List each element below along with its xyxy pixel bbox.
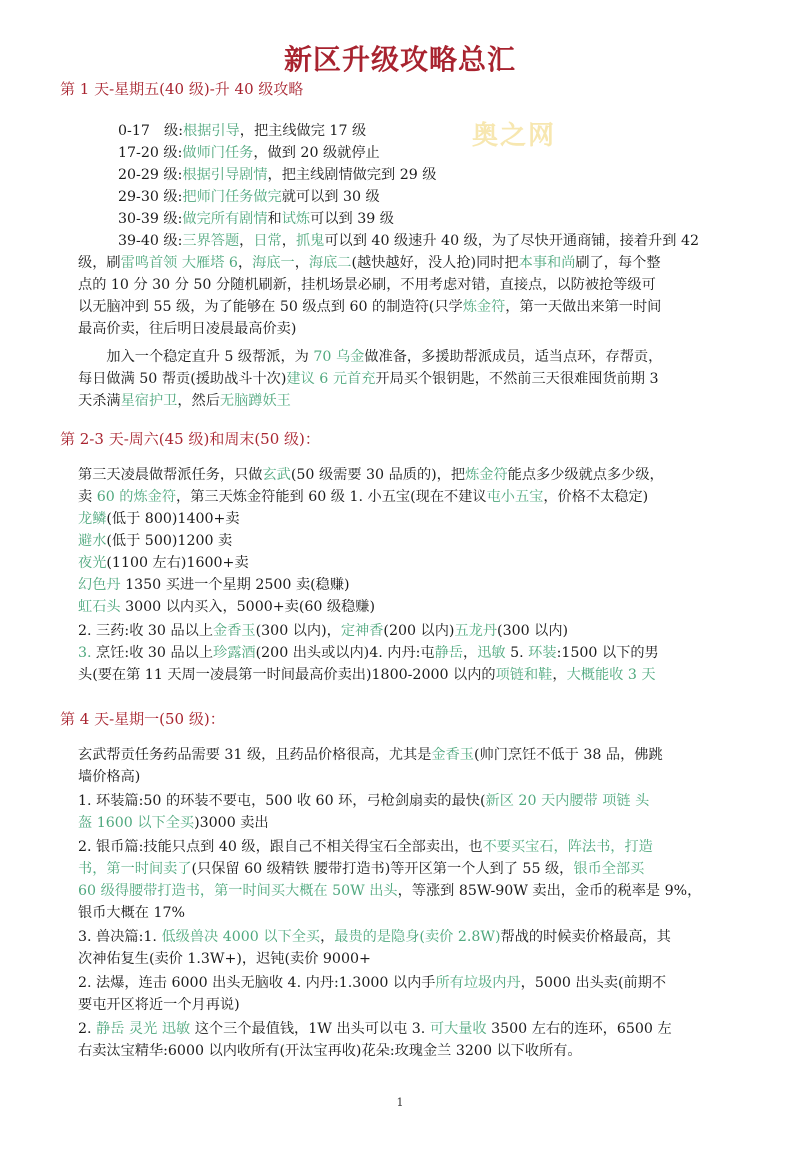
text-line: 避水(低于 500)1200 卖 [78, 530, 232, 552]
text-line: 盔 1600 以下全买)3000 卖出 [78, 812, 269, 834]
text-line: 2. 三药:收 30 品以上金香玉(300 以内)，定神香(200 以内)五龙丹… [78, 620, 568, 642]
text-segment: 刷了，每个整 [575, 255, 660, 271]
text-segment: ， [552, 667, 566, 683]
text-line: 幻色丹 1350 买进一个星期 2500 卖(稳赚) [78, 574, 350, 596]
text-segment: 加入一个稳定直升 5 级帮派，为 [78, 349, 313, 365]
text-line: 1. 环装篇:50 的环装不要屯，500 收 60 环，弓枪剑扇卖的最快(新区 … [78, 790, 649, 812]
text-segment: 最高价卖，往后明日凌晨最高价卖) [78, 321, 296, 337]
text-segment: 银币大概在 17% [78, 905, 185, 921]
highlighted-term: 所有垃圾内丹 [435, 975, 520, 991]
text-segment: 做准备，多援助帮派成员，适当点环，存帮贡， [364, 349, 662, 365]
text-segment: (50 级需要 30 品质的)，把 [291, 467, 465, 483]
text-segment: 右卖汰宝精华:6000 以内收所有(开汰宝再收)花朵:玫瑰金兰 3200 以下收… [78, 1043, 582, 1059]
highlighted-term: 龙鳞 [78, 511, 106, 527]
highlighted-term: 三界答题 [182, 233, 239, 249]
section-heading-day1: 第 1 天-星期五(40 级)-升 40 级攻略 [60, 78, 303, 99]
text-segment: (200 以内) [383, 623, 454, 639]
highlighted-term: 定神香 [341, 623, 384, 639]
text-segment: ，第三天炼金符能到 60 级 1. 小五宝(现在不建议 [176, 489, 487, 505]
text-line: 2. 银币篇:技能只点到 40 级，跟自己不相关得宝石全部卖出，也不要买宝石，阵… [78, 836, 653, 858]
text-segment: ， [295, 255, 309, 271]
highlighted-term: 建议 6 元首充 [286, 371, 375, 387]
highlighted-term: 迅敏 [477, 645, 505, 661]
text-segment: 头(要在第 11 天周一凌晨第一时间最高价卖出)1800-2000 以内的 [78, 667, 496, 683]
document-title: 新区升级攻略总汇 [0, 38, 800, 78]
highlighted-term: 把师门任务做完 [182, 189, 281, 205]
text-line: 60 级得腰带打造书，第一时间买大概在 50W 出头，等涨到 85W-90W 卖… [78, 880, 701, 902]
text-line: 点的 10 分 30 分 50 分随机刷新，挂机场景必刷，不用考虑对错，直接点，… [78, 274, 656, 296]
text-segment: 和 [268, 211, 282, 227]
text-segment: 级，刷 [78, 255, 121, 271]
text-line: 龙鳞(低于 800)1400+卖 [78, 508, 240, 530]
highlighted-term: 雷鸣首领 大雁塔 6 [121, 255, 238, 271]
text-segment: 可以到 40 级速升 40 级，为了尽快开通商铺，接着升到 42 [324, 233, 699, 249]
text-segment: (帅门烹饪不低于 38 品，佛跳 [474, 747, 663, 763]
highlighted-term: 3. [78, 645, 92, 661]
text-line: 以无脑冲到 55 级，为了能够在 50 级点到 60 的制造符(只学炼金符，第一… [78, 296, 661, 318]
text-segment: 29-30 级: [118, 189, 182, 205]
highlighted-term: 书，第一时间卖了 [78, 861, 192, 877]
highlighted-term: 做完所有剧情 [182, 211, 267, 227]
highlighted-term: 盔 1600 以下全买 [78, 815, 194, 831]
text-segment: 天杀满 [78, 393, 121, 409]
text-segment: 玄武帮贡任务药品需要 31 级，且药品价格很高，尤其是 [78, 747, 431, 763]
section-heading-day2-3: 第 2-3 天-周六(45 级)和周末(50 级)： [60, 428, 320, 449]
text-segment: (300 以内) [497, 623, 568, 639]
text-line: 3. 烹饪:收 30 品以上珍露酒(200 出头或以内)4. 内丹:屯静岳，迅敏… [78, 642, 659, 664]
highlighted-term: 避水 [78, 533, 106, 549]
highlighted-term: 屯小五宝 [487, 489, 544, 505]
highlighted-term: 夜光 [78, 555, 106, 571]
section-heading-day4: 第 4 天-星期一(50 级)： [60, 708, 225, 729]
text-segment: 卖 [78, 489, 97, 505]
text-line: 天杀满星宿护卫，然后无脑蹲妖王 [78, 390, 291, 412]
text-line: 墙价格高) [78, 766, 140, 788]
highlighted-term: 大概能收 3 天 [567, 667, 656, 683]
text-line: 要屯开区将近一个月再说) [78, 994, 240, 1016]
text-line: 29-30 级:把师门任务做完就可以到 30 级 [118, 186, 380, 208]
text-line: 玄武帮贡任务药品需要 31 级，且药品价格很高，尤其是金香玉(帅门烹饪不低于 3… [78, 744, 663, 766]
text-line: 夜光(1100 左右)1600+卖 [78, 552, 249, 574]
watermark-logo: 奥之网 [472, 115, 556, 152]
text-segment: 20-29 级: [118, 167, 182, 183]
highlighted-term: 虹石头 [78, 599, 121, 615]
text-segment: 5. [506, 645, 529, 661]
text-line: 每日做满 50 帮贡(援助战斗十次)建议 6 元首充开局买个银钥匙，不然前三天很… [78, 368, 659, 390]
text-line: 卖 60 的炼金符，第三天炼金符能到 60 级 1. 小五宝(现在不建议屯小五宝… [78, 486, 648, 508]
highlighted-term: 无脑蹲妖王 [220, 393, 291, 409]
text-segment: 第三天凌晨做帮派任务，只做 [78, 467, 262, 483]
text-segment: 每日做满 50 帮贡(援助战斗十次) [78, 371, 286, 387]
text-line: 第三天凌晨做帮派任务，只做玄武(50 级需要 30 品质的)，把炼金符能点多少级… [78, 464, 664, 486]
text-segment: 2. [78, 1021, 96, 1037]
text-segment: 点的 10 分 30 分 50 分随机刷新，挂机场景必刷，不用考虑对错，直接点，… [78, 277, 656, 293]
text-segment: (200 出头或以内)4. 内丹:屯 [256, 645, 435, 661]
text-segment: ，把主线做完 17 级 [240, 123, 366, 139]
highlighted-term: 70 乌金 [313, 349, 364, 365]
text-segment: 帮战的时候卖价格最高，其 [501, 929, 671, 945]
text-segment: 2. 三药:收 30 品以上 [78, 623, 213, 639]
highlighted-term: 海底一 [252, 255, 295, 271]
text-line: 右卖汰宝精华:6000 以内收所有(开汰宝再收)花朵:玫瑰金兰 3200 以下收… [78, 1040, 582, 1062]
highlighted-term: 抓鬼 [296, 233, 324, 249]
text-line: 3. 兽决篇:1. 低级兽决 4000 以下全买，最贵的是隐身(卖价 2.8W)… [78, 926, 671, 948]
highlighted-term: 60 级得腰带打造书，第一时间买大概在 50W 出头 [78, 883, 398, 899]
text-segment: 要屯开区将近一个月再说) [78, 997, 240, 1013]
text-segment: 这个三个最值钱，1W 出头可以屯 3. [190, 1021, 430, 1037]
highlighted-term: 做师门任务 [182, 145, 253, 161]
highlighted-term: 新区 20 天内腰带 项链 头 [486, 793, 650, 809]
text-segment: ，然后 [177, 393, 220, 409]
highlighted-term: 日常 [253, 233, 281, 249]
text-segment: :1500 以下的男 [557, 645, 659, 661]
text-segment: (越快越好，没人抢)同时把 [352, 255, 519, 271]
text-segment: 可以到 39 级 [310, 211, 394, 227]
text-segment: ， [238, 255, 252, 271]
text-line: 银币大概在 17% [78, 902, 185, 924]
highlighted-term: 五龙丹 [454, 623, 497, 639]
text-line: 17-20 级:做师门任务，做到 20 级就停止 [118, 142, 380, 164]
text-line: 级，刷雷鸣首领 大雁塔 6，海底一，海底二(越快越好，没人抢)同时把本事和尚刷了… [78, 252, 661, 274]
text-segment: 开局买个银钥匙，不然前三天很难囤货前期 3 [375, 371, 658, 387]
text-line: 20-29 级:根据引导剧情，把主线剧情做完到 29 级 [118, 164, 436, 186]
text-segment: ，价格不太稳定) [543, 489, 648, 505]
text-segment: (300 以内)， [256, 623, 341, 639]
highlighted-term: 金香玉 [213, 623, 256, 639]
highlighted-term: 银币全部买 [573, 861, 644, 877]
text-segment: ，把主线剧情做完到 29 级 [268, 167, 437, 183]
highlighted-term: 珍露酒 [213, 645, 256, 661]
text-line: 加入一个稳定直升 5 级帮派，为 70 乌金做准备，多援助帮派成员，适当点环，存… [78, 346, 662, 368]
text-segment: 3. 兽决篇:1. [78, 929, 161, 945]
text-segment: 17-20 级: [118, 145, 182, 161]
text-segment: 以无脑冲到 55 级，为了能够在 50 级点到 60 的制造符(只学 [78, 299, 463, 315]
text-segment: ， [282, 233, 296, 249]
text-line: 最高价卖，往后明日凌晨最高价卖) [78, 318, 296, 340]
highlighted-term: 本事和尚 [519, 255, 576, 271]
highlighted-term: 项链和鞋 [496, 667, 553, 683]
text-segment: 就可以到 30 级 [282, 189, 380, 205]
text-segment: ，等涨到 85W-90W 卖出，金币的税率是 9%， [398, 883, 702, 899]
text-segment: (低于 800)1400+卖 [106, 511, 239, 527]
highlighted-term: 环装 [528, 645, 556, 661]
highlighted-term: 玄武 [262, 467, 290, 483]
text-segment: 1. 环装篇:50 的环装不要屯，500 收 60 环，弓枪剑扇卖的最快( [78, 793, 486, 809]
text-segment: ，第一天做出来第一时间 [505, 299, 661, 315]
text-segment: ， [320, 929, 334, 945]
text-segment: 次神佑复生(卖价 1.3W+)，迟钝(卖价 9000+ [78, 951, 371, 967]
text-segment: (1100 左右)1600+卖 [106, 555, 248, 571]
highlighted-term: 可大量收 [430, 1021, 487, 1037]
text-segment: 能点多少级就点多少级， [508, 467, 664, 483]
highlighted-term: 低级兽决 4000 以下全买 [161, 929, 320, 945]
text-segment: ，5000 出头卖(前期不 [521, 975, 666, 991]
highlighted-term: 幻色丹 [78, 577, 121, 593]
text-segment: 2. 银币篇:技能只点到 40 级，跟自己不相关得宝石全部卖出，也 [78, 839, 483, 855]
text-line: 39-40 级:三界答题，日常，抓鬼可以到 40 级速升 40 级，为了尽快开通… [118, 230, 699, 252]
highlighted-term: 静岳 灵光 迅敏 [96, 1021, 190, 1037]
text-segment: (只保留 60 级精铁 腰带打造书)等开区第一个人到了 55 级， [192, 861, 574, 877]
text-segment: 墙价格高) [78, 769, 140, 785]
text-segment: ，做到 20 级就停止 [253, 145, 379, 161]
text-segment: 3500 左右的连环，6500 左 [487, 1021, 672, 1037]
highlighted-term: 炼金符 [465, 467, 508, 483]
highlighted-term: 静岳 [435, 645, 463, 661]
highlighted-term: 炼金符 [463, 299, 506, 315]
highlighted-term: 星宿护卫 [121, 393, 178, 409]
highlighted-term: 试炼 [282, 211, 310, 227]
text-segment: 3000 以内买入，5000+卖(60 级稳赚) [121, 599, 375, 615]
text-line: 头(要在第 11 天周一凌晨第一时间最高价卖出)1800-2000 以内的项链和… [78, 664, 656, 686]
text-segment: 0-17 级: [118, 123, 183, 139]
document-page: 新区升级攻略总汇 奥之网 第 1 天-星期五(40 级)-升 40 级攻略 第 … [0, 0, 800, 1172]
highlighted-term: 不要买宝石，阵法书，打造 [483, 839, 653, 855]
text-segment: 39-40 级: [118, 233, 182, 249]
text-line: 书，第一时间卖了(只保留 60 级精铁 腰带打造书)等开区第一个人到了 55 级… [78, 858, 644, 880]
text-segment: 烹饪:收 30 品以上 [92, 645, 214, 661]
highlighted-term: 根据引导 [183, 123, 240, 139]
text-line: 次神佑复生(卖价 1.3W+)，迟钝(卖价 9000+ [78, 948, 371, 970]
highlighted-term: 最贵的是隐身(卖价 2.8W) [334, 929, 500, 945]
text-segment: 1350 买进一个星期 2500 卖(稳赚) [121, 577, 350, 593]
text-line: 2. 法爆，连击 6000 出头无脑收 4. 内丹:1.3000 以内手所有垃圾… [78, 972, 666, 994]
highlighted-term: 海底二 [309, 255, 352, 271]
highlighted-term: 60 的炼金符 [97, 489, 176, 505]
highlighted-term: 根据引导剧情 [182, 167, 267, 183]
text-segment: )3000 卖出 [194, 815, 269, 831]
page-number: 1 [0, 1096, 800, 1109]
text-segment: ， [463, 645, 477, 661]
text-segment: (低于 500)1200 卖 [106, 533, 232, 549]
text-segment: ， [239, 233, 253, 249]
text-line: 2. 静岳 灵光 迅敏 这个三个最值钱，1W 出头可以屯 3. 可大量收 350… [78, 1018, 672, 1040]
text-line: 虹石头 3000 以内买入，5000+卖(60 级稳赚) [78, 596, 375, 618]
text-line: 0-17 级:根据引导，把主线做完 17 级 [118, 120, 366, 142]
text-segment: 2. 法爆，连击 6000 出头无脑收 4. 内丹:1.3000 以内手 [78, 975, 435, 991]
text-line: 30-39 级:做完所有剧情和试炼可以到 39 级 [118, 208, 394, 230]
text-segment: 30-39 级: [118, 211, 182, 227]
highlighted-term: 金香玉 [431, 747, 474, 763]
